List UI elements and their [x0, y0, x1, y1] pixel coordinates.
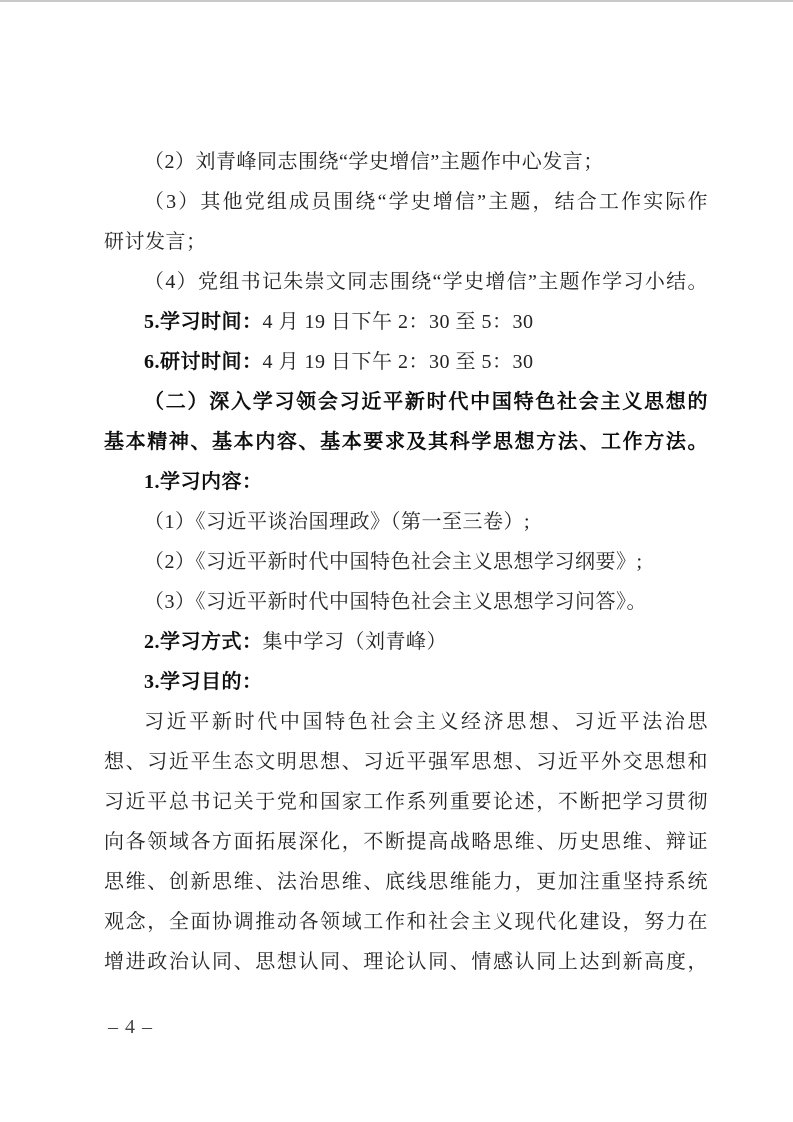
document-line: 6.研讨时间：4 月 19 日下午 2：30 至 5：30	[104, 342, 708, 382]
scan-edge-line	[0, 0, 793, 2]
body-text: （2）刘青峰同志围绕“学史增信”主题作中心发言；	[144, 151, 604, 173]
document-line: （2）刘青峰同志围绕“学史增信”主题作中心发言；	[104, 142, 708, 182]
body-text: （2）《习近平新时代中国特色社会主义思想学习纲要》;	[144, 551, 643, 573]
heading-text: 6.研讨时间：	[144, 351, 263, 373]
document-line: 习近平新时代中国特色社会主义经济思想、习近平法治思	[104, 702, 708, 742]
body-text: 习近平新时代中国特色社会主义经济思想、习近平法治思	[144, 711, 708, 733]
heading-text: 基本精神、基本内容、基本要求及其科学思想方法、工作方法。	[104, 431, 708, 453]
document-line: 2.学习方式：集中学习（刘青峰）	[104, 622, 708, 662]
body-text: （1）《习近平谈治国理政》（第一至三卷）;	[144, 511, 530, 533]
body-text: 研讨发言；	[104, 231, 207, 253]
body-text: （3）《习近平新时代中国特色社会主义思想学习问答》。	[144, 591, 647, 613]
heading-text: 2.学习方式：	[144, 631, 263, 653]
document-line: （3）《习近平新时代中国特色社会主义思想学习问答》。	[104, 582, 708, 622]
document-line: 3.学习目的：	[104, 662, 708, 702]
document-line: 5.学习时间：4 月 19 日下午 2：30 至 5：30	[104, 302, 708, 342]
document-line: （3）其他党组成员围绕“学史增信”主题，结合工作实际作	[104, 182, 708, 222]
document-line: 1.学习内容：	[104, 462, 708, 502]
heading-text: 5.学习时间：	[144, 311, 263, 333]
body-text: （4）党组书记朱崇文同志围绕“学史增信”主题作学习小结。	[144, 271, 708, 293]
body-text: 增进政治认同、思想认同、理论认同、情感认同上达到新高度，	[104, 951, 708, 973]
heading-text: 1.学习内容：	[144, 471, 263, 493]
document-line: （4）党组书记朱崇文同志围绕“学史增信”主题作学习小结。	[104, 262, 708, 302]
body-text: 向各领域各方面拓展深化，不断提高战略思维、历史思维、辩证	[104, 831, 708, 853]
document-line: 向各领域各方面拓展深化，不断提高战略思维、历史思维、辩证	[104, 822, 708, 862]
document-line: 基本精神、基本内容、基本要求及其科学思想方法、工作方法。	[104, 422, 708, 462]
page-number: – 4 –	[108, 1014, 153, 1040]
document-line: 观念，全面协调推动各领域工作和社会主义现代化建设，努力在	[104, 902, 708, 942]
document-line: （2）《习近平新时代中国特色社会主义思想学习纲要》;	[104, 542, 708, 582]
body-text: 观念，全面协调推动各领域工作和社会主义现代化建设，努力在	[104, 911, 708, 933]
body-text: （3）其他党组成员围绕“学史增信”主题，结合工作实际作	[144, 191, 708, 213]
document-page: （2）刘青峰同志围绕“学史增信”主题作中心发言；（3）其他党组成员围绕“学史增信…	[0, 0, 793, 1122]
body-text: 4 月 19 日下午 2：30 至 5：30	[263, 351, 534, 373]
body-text: 集中学习（刘青峰）	[263, 631, 448, 653]
document-body: （2）刘青峰同志围绕“学史增信”主题作中心发言；（3）其他党组成员围绕“学史增信…	[104, 142, 708, 982]
document-line: 习近平总书记关于党和国家工作系列重要论述，不断把学习贯彻	[104, 782, 708, 822]
body-text: 思维、创新思维、法治思维、底线思维能力，更加注重坚持系统	[104, 871, 708, 893]
heading-text: （二）深入学习领会习近平新时代中国特色社会主义思想的	[144, 391, 708, 413]
document-line: （二）深入学习领会习近平新时代中国特色社会主义思想的	[104, 382, 708, 422]
body-text: 习近平总书记关于党和国家工作系列重要论述，不断把学习贯彻	[104, 791, 708, 813]
document-line: 研讨发言；	[104, 222, 708, 262]
document-line: 增进政治认同、思想认同、理论认同、情感认同上达到新高度，	[104, 942, 708, 982]
document-line: 思维、创新思维、法治思维、底线思维能力，更加注重坚持系统	[104, 862, 708, 902]
body-text: 4 月 19 日下午 2：30 至 5：30	[263, 311, 534, 333]
document-line: （1）《习近平谈治国理政》（第一至三卷）;	[104, 502, 708, 542]
document-line: 想、习近平生态文明思想、习近平强军思想、习近平外交思想和	[104, 742, 708, 782]
heading-text: 3.学习目的：	[144, 671, 263, 693]
body-text: 想、习近平生态文明思想、习近平强军思想、习近平外交思想和	[104, 751, 708, 773]
